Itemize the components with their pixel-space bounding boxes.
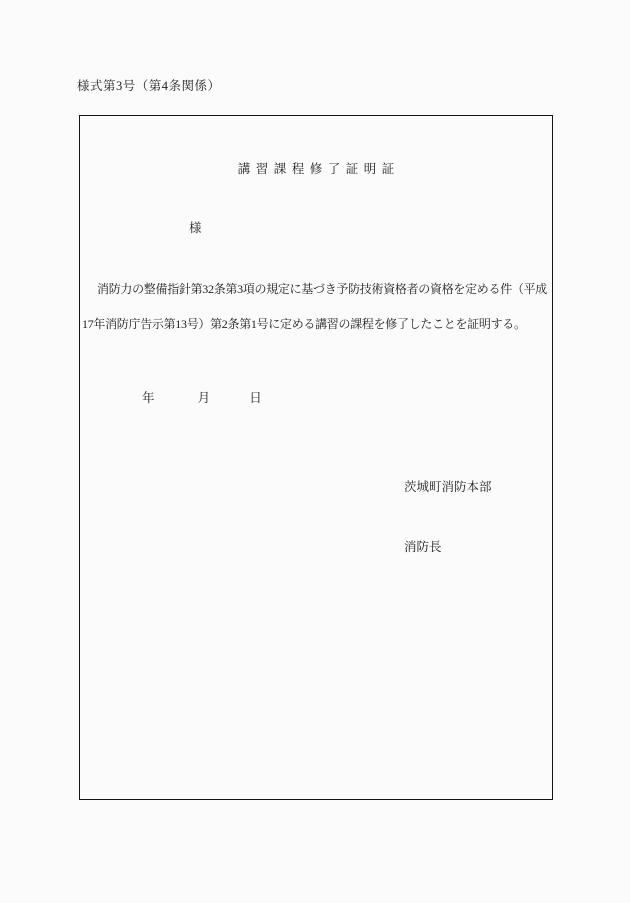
year-label: 年 <box>142 390 155 407</box>
date-line: 年 月 日 <box>142 390 262 407</box>
certificate-body-line-2: 17年消防庁告示第13号）第2条第1号に定める講習の課程を修了したことを証明する… <box>82 307 550 342</box>
addressee-honorific: 様 <box>189 220 202 237</box>
issuer-organization: 茨城町消防本部 <box>404 479 492 496</box>
certificate-border-box: 講習課程修了証明証 様 消防力の整備指針第32条第3項の規定に基づき予防技術資格… <box>79 115 553 800</box>
certificate-title: 講習課程修了証明証 <box>80 161 552 178</box>
issuer-title-label: 消防長 <box>404 539 442 556</box>
form-number-label: 様式第3号（第4条関係） <box>77 78 221 95</box>
month-label: 月 <box>198 390 211 407</box>
certificate-body-line-1: 消防力の整備指針第32条第3項の規定に基づき予防技術資格者の資格を定める件（平成 <box>82 272 550 307</box>
day-label: 日 <box>249 390 262 407</box>
certificate-body: 消防力の整備指針第32条第3項の規定に基づき予防技術資格者の資格を定める件（平成… <box>82 272 550 342</box>
document-page: 様式第3号（第4条関係） 講習課程修了証明証 様 消防力の整備指針第32条第3項… <box>0 0 630 903</box>
